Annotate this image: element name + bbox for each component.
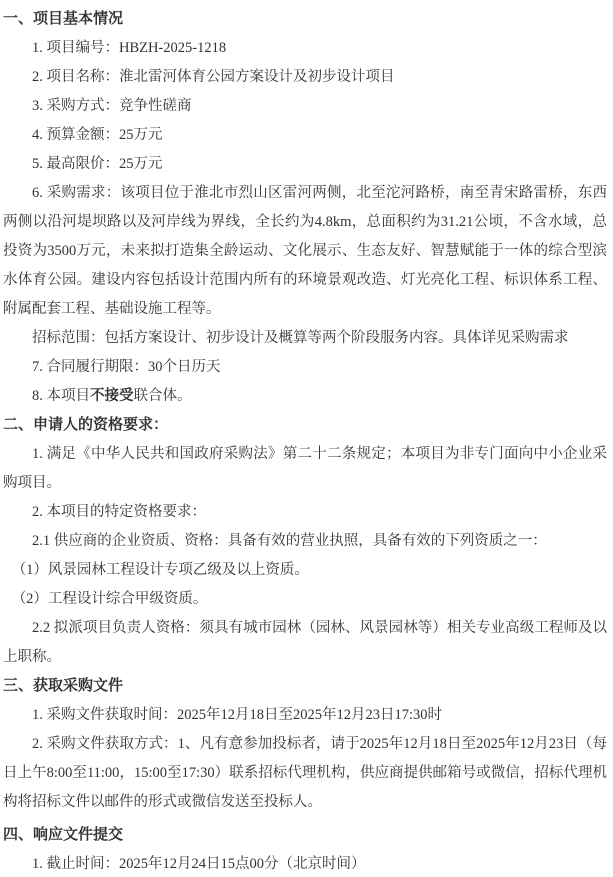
contract-duration-line: 7. 合同履行期限：30个日历天 (3, 353, 607, 382)
procurement-announcement-page: 一、项目基本情况 1. 项目编号：HBZH-2025-1218 2. 项目名称：… (0, 0, 613, 877)
qualification-item2-1-a: （1）风景园林工程设计专项乙级及以上资质。 (3, 556, 607, 585)
qualification-item2-1: 2.1 供应商的企业资质、资格：具备有效的营业执照，具备有效的下列资质之一： (3, 527, 607, 556)
section-heading-project-info: 一、项目基本情况 (3, 5, 607, 34)
consortium-suffix: 联合体。 (134, 388, 192, 404)
announcement-document: 一、项目基本情况 1. 项目编号：HBZH-2025-1218 2. 项目名称：… (3, 5, 607, 877)
obtain-time-line: 1. 采购文件获取时间：2025年12月18日至2025年12月23日17:30… (3, 701, 607, 730)
section-heading-obtain-documents: 三、获取采购文件 (3, 672, 607, 701)
consortium-line: 8. 本项目不接受联合体。 (3, 382, 607, 411)
max-price-line: 5. 最高限价：25万元 (3, 150, 607, 179)
section-heading-response-submission: 四、响应文件提交 (3, 821, 607, 850)
qualification-item2: 2. 本项目的特定资格要求： (3, 498, 607, 527)
project-number-line: 1. 项目编号：HBZH-2025-1218 (3, 34, 607, 63)
section-heading-qualification: 二、申请人的资格要求： (3, 411, 607, 440)
deadline-line: 1. 截止时间：2025年12月24日15点00分（北京时间） (3, 850, 607, 877)
consortium-prefix: 8. 本项目 (32, 388, 90, 404)
bidding-scope-line: 招标范围：包括方案设计、初步设计及概算等两个阶段服务内容。具体详见采购需求 (3, 324, 607, 353)
obtain-method-paragraph: 2. 采购文件获取方式：1、凡有意参加投标者，请于2025年12月18日至202… (3, 730, 607, 817)
qualification-item1: 1. 满足《中华人民共和国政府采购法》第二十二条规定；本项目为非专门面向中小企业… (3, 440, 607, 498)
consortium-bold-text: 不接受 (90, 388, 134, 404)
requirement-paragraph: 6. 采购需求：该项目位于淮北市烈山区雷河两侧，北至沱河路桥，南至青宋路雷桥，东… (3, 179, 607, 324)
budget-line: 4. 预算金额：25万元 (3, 121, 607, 150)
qualification-item2-2: 2.2 拟派项目负责人资格：须具有城市园林（园林、风景园林等）相关专业高级工程师… (3, 614, 607, 672)
qualification-item2-1-b: （2）工程设计综合甲级资质。 (3, 585, 607, 614)
project-name-line: 2. 项目名称：淮北雷河体育公园方案设计及初步设计项目 (3, 63, 607, 92)
procurement-method-line: 3. 采购方式：竞争性磋商 (3, 92, 607, 121)
